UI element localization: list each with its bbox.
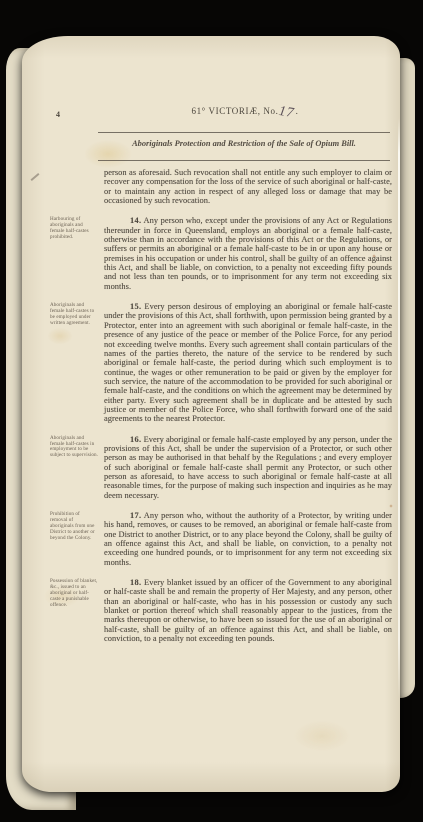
document-page: 4 61° VICTORIÆ, No.17. Aboriginals Prote… <box>22 36 400 792</box>
section-number: 14. <box>130 216 141 225</box>
page-header: 61° VICTORIÆ, No.17. <box>100 106 390 116</box>
header-suffix: . <box>296 106 299 116</box>
section-number: 16. <box>130 435 141 444</box>
section-text: Any person who, except under the provisi… <box>104 216 392 290</box>
section-14: Harbouring of aboriginals and female hal… <box>104 216 392 291</box>
section-number: 15. <box>130 302 141 311</box>
title-rule <box>98 160 390 161</box>
section-16: Aboriginals and female half-castes in em… <box>104 435 392 500</box>
pencil-mark <box>31 173 40 181</box>
section-number: 18. <box>130 578 141 587</box>
section-text: person as aforesaid. Such revocation sha… <box>104 168 392 205</box>
section-17: Prohibition of removal of aboriginals fr… <box>104 511 392 567</box>
margin-note-16: Aboriginals and female half-castes in em… <box>50 436 98 460</box>
header-rule <box>98 132 390 133</box>
body-text-column: person as aforesaid. Such revocation sha… <box>104 168 392 654</box>
section-text: Any person who, without the authority of… <box>104 511 392 567</box>
section-text: Every blanket issued by an officer of th… <box>104 578 392 643</box>
section-15: Aboriginals and female half-castes to be… <box>104 302 392 423</box>
section-text: Every person desirous of employing an ab… <box>104 302 392 423</box>
running-title: Aboriginals Protection and Restriction o… <box>98 139 390 148</box>
header-text: 61° VICTORIÆ, No. <box>191 106 278 116</box>
section-text: Every aboriginal or female half-caste em… <box>104 435 392 500</box>
section-number: 17. <box>130 511 141 520</box>
page-number: 4 <box>56 110 60 119</box>
paragraph-continuation: person as aforesaid. Such revocation sha… <box>104 168 392 205</box>
section-18: Possession of blanket, &c., issued to an… <box>104 578 392 643</box>
handwritten-act-number: 17 <box>279 108 295 118</box>
scanned-book-photo: { "page": { "page_number": "4", "header"… <box>0 0 423 822</box>
next-page-edge-highlight <box>398 118 400 698</box>
margin-note-14: Harbouring of aboriginals and female hal… <box>50 217 98 241</box>
margin-note-18: Possession of blanket, &c., issued to an… <box>50 579 98 609</box>
margin-note-15: Aboriginals and female half-castes to be… <box>50 303 98 327</box>
margin-note-17: Prohibition of removal of aboriginals fr… <box>50 512 98 542</box>
